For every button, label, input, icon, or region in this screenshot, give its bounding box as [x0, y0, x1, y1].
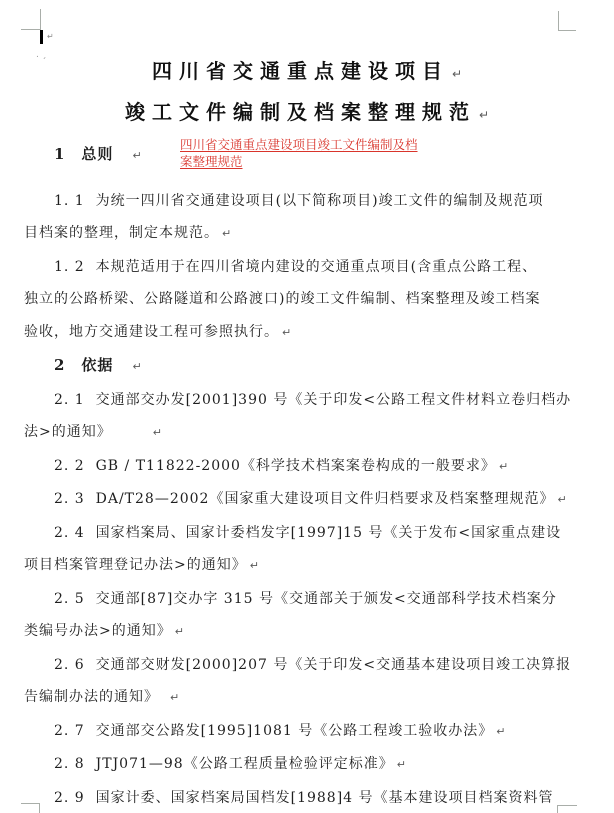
- doc-line-text: 2. 6 交通部交财发[2000]207 号《关于印发<交通基本建设项目竣工决算…: [54, 657, 571, 673]
- para-1-1-line-1: 1. 1 为统一四川省交通建设项目(以下简称项目)竣工文件的编制及规范项: [24, 185, 590, 218]
- para-1-2-line-2: 独立的公路桥梁、公路隧道和公路渡口)的竣工文件编制、档案整理及竣工档案: [24, 283, 590, 316]
- heading-2: 2 依据 ↵: [24, 349, 590, 384]
- doc-line-text: 四川省交通重点建设项目: [152, 59, 449, 83]
- doc-line-text: 2. 8 JTJ071—98《公路工程质量检验评定标准》: [54, 756, 394, 772]
- doc-title-line-1: 四川省交通重点建设项目↵: [24, 52, 590, 93]
- paragraph-mark-icon: ↵: [170, 691, 179, 704]
- doc-line-text: 2. 1 交通部交办发[2001]390 号《关于印发<公路工程文件材料立卷归档…: [54, 392, 571, 408]
- doc-line-text: 1. 1 为统一四川省交通建设项目(以下简称项目)竣工文件的编制及规范项: [54, 193, 544, 209]
- doc-line-text: 2 依据: [54, 356, 129, 374]
- doc-line-text: 2. 4 国家档案局、国家计委档发字[1997]15 号《关于发布<国家重点建设: [54, 525, 561, 541]
- paragraph-mark-icon: ↵: [222, 227, 231, 240]
- doc-line-text: 法>的通知》: [24, 424, 150, 440]
- para-2-4-line-2: 项目档案管理登记办法>的通知》↵: [24, 549, 590, 583]
- crop-mark-top-right-icon: [558, 11, 576, 31]
- paragraph-mark-icon: ↵: [499, 460, 508, 473]
- para-2-6-line-2: 告编制办法的通知》 ↵: [24, 681, 590, 715]
- para-2-8: 2. 8 JTJ071—98《公路工程质量检验评定标准》↵: [24, 748, 590, 782]
- revision-annotation: 四川省交通重点建设项目竣工文件编制及档案整理规范: [180, 137, 418, 170]
- para-2-4-line-1: 2. 4 国家档案局、国家计委档发字[1997]15 号《关于发布<国家重点建设: [24, 517, 590, 550]
- doc-line-text: 1 总则: [54, 145, 129, 163]
- doc-line-text: 2. 5 交通部[87]交办字 315 号《交通部关于颁发<交通部科学技术档案分: [54, 591, 557, 607]
- paragraph-mark-icon: ↵: [557, 493, 566, 506]
- paragraph-mark-icon: ↵: [496, 725, 505, 738]
- para-2-7: 2. 7 交通部交公路发[1995]1081 号《公路工程竣工验收办法》↵: [24, 715, 590, 749]
- para-2-2: 2. 2 GB / T11822-2000《科学技术档案案卷构成的一般要求》↵: [24, 450, 590, 484]
- paragraph-mark-icon: ↵: [47, 32, 54, 41]
- paragraph-mark-icon: ↵: [282, 326, 291, 339]
- para-2-1-line-2: 法>的通知》 ↵: [24, 416, 590, 450]
- annotation-line: 四川省交通重点建设项目竣工文件编制及档: [180, 137, 418, 154]
- paragraph-mark-icon: ↵: [175, 625, 184, 638]
- para-2-1-line-1: 2. 1 交通部交办发[2001]390 号《关于印发<公路工程文件材料立卷归档…: [24, 384, 590, 417]
- doc-line-text: 2. 2 GB / T11822-2000《科学技术档案案卷构成的一般要求》: [54, 458, 496, 474]
- annotation-line: 案整理规范: [180, 154, 418, 171]
- paragraph-mark-icon: ↵: [397, 758, 406, 771]
- para-1-2-line-3: 验收，地方交通建设工程可参照执行。↵: [24, 316, 590, 350]
- doc-title-line-2: 竣工文件编制及档案整理规范↵: [24, 93, 590, 134]
- paragraph-mark-icon: ↵: [132, 149, 141, 162]
- doc-line-text: 类编号办法>的通知》: [24, 623, 172, 639]
- doc-line-text: 告编制办法的通知》: [24, 689, 167, 705]
- para-2-6-line-1: 2. 6 交通部交财发[2000]207 号《关于印发<交通基本建设项目竣工决算…: [24, 649, 590, 682]
- para-1-1-line-2: 目档案的整理，制定本规范。↵: [24, 217, 590, 251]
- paragraph-mark-icon: ↵: [250, 559, 259, 572]
- doc-line-text: 竣工文件编制及档案整理规范: [125, 100, 476, 124]
- doc-line-text: 2. 7 交通部交公路发[1995]1081 号《公路工程竣工验收办法》: [54, 723, 493, 739]
- doc-line-text: 独立的公路桥梁、公路隧道和公路渡口)的竣工文件编制、档案整理及竣工档案: [24, 291, 540, 307]
- paragraph-mark-icon: ↵: [132, 360, 141, 373]
- doc-line-text: 1. 2 本规范适用于在四川省境内建设的交通重点项目(含重点公路工程、: [54, 259, 537, 275]
- doc-line-text: 目档案的整理，制定本规范。: [24, 225, 219, 241]
- doc-line-text: 2. 9 国家计委、国家档案局国档发[1988]4 号《基本建设项目档案资料管: [54, 790, 554, 806]
- paragraph-mark-icon: ↵: [153, 426, 162, 439]
- crop-mark-top-left-icon: [21, 9, 41, 30]
- para-2-5-line-2: 类编号办法>的通知》↵: [24, 615, 590, 649]
- para-2-9-line-1: 2. 9 国家计委、国家档案局国档发[1988]4 号《基本建设项目档案资料管: [24, 782, 590, 813]
- para-2-3: 2. 3 DA/T28—2002《国家重大建设项目文件归档要求及档案整理规范》↵: [24, 483, 590, 517]
- doc-line-text: 验收，地方交通建设工程可参照执行。: [24, 324, 279, 340]
- paragraph-mark-icon: ↵: [479, 108, 489, 122]
- para-1-2-line-1: 1. 2 本规范适用于在四川省境内建设的交通重点项目(含重点公路工程、: [24, 251, 590, 284]
- paragraph-mark-icon: ↵: [452, 67, 462, 81]
- doc-line-text: 项目档案管理登记办法>的通知》: [24, 557, 247, 573]
- doc-line-text: 2. 3 DA/T28—2002《国家重大建设项目文件归档要求及档案整理规范》: [54, 491, 554, 507]
- document-page[interactable]: ↵ .ˏ 四川省交通重点建设项目↵竣工文件编制及档案整理规范↵1 总则 ↵1. …: [0, 0, 614, 813]
- para-2-5-line-1: 2. 5 交通部[87]交办字 315 号《交通部关于颁发<交通部科学技术档案分: [24, 583, 590, 616]
- text-cursor[interactable]: [40, 30, 43, 44]
